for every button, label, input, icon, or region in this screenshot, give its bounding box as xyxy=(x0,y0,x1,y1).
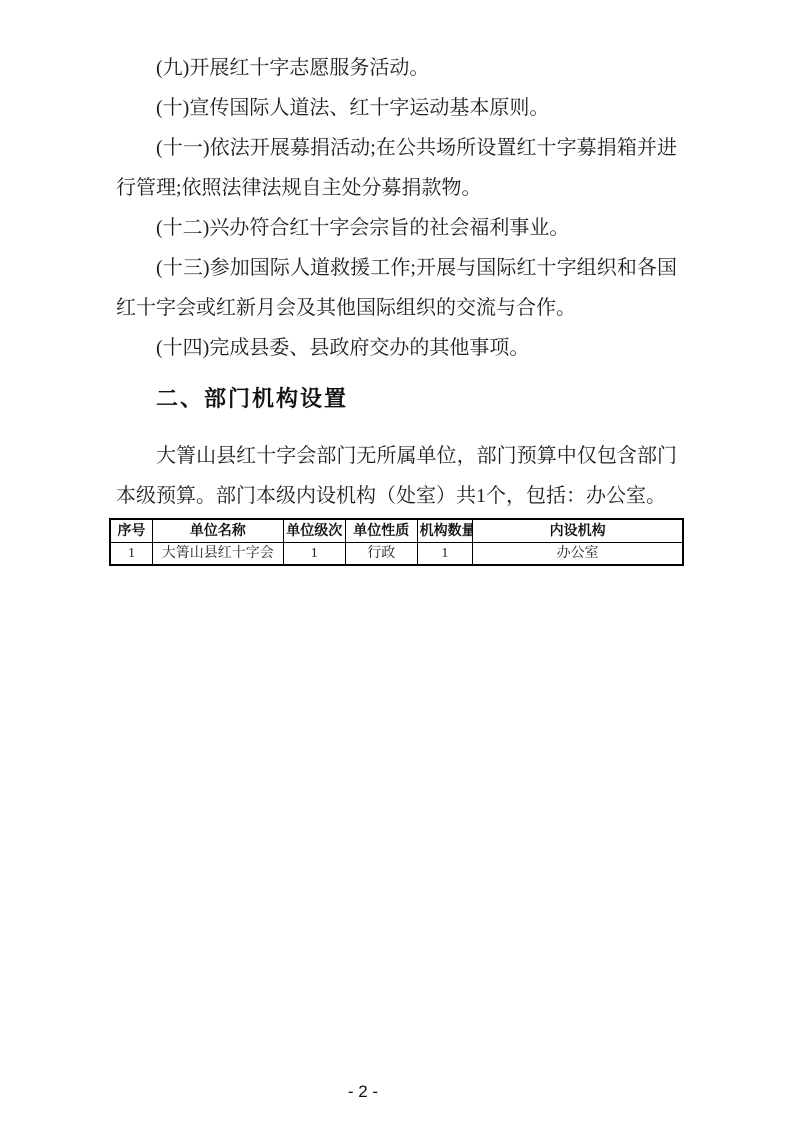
table-row: 1 大箐山县红十字会 1 行政 1 办公室 xyxy=(110,542,683,565)
cell-org-count: 1 xyxy=(417,542,473,565)
page-content: (九)开展红十字志愿服务活动。 (十)宣传国际人道法、红十字运动基本原则。 (十… xyxy=(0,0,793,566)
header-unit-name: 单位名称 xyxy=(152,519,283,542)
page-number: - 2 - xyxy=(0,1082,726,1102)
duty-paragraph-14: (十四)完成县委、县政府交办的其他事项。 xyxy=(116,328,677,368)
org-structure-table: 序号 单位名称 单位级次 单位性质 机构数量 内设机构 1 大箐山县红十字会 1… xyxy=(109,518,684,566)
header-unit-level: 单位级次 xyxy=(283,519,345,542)
duty-paragraph-10: (十)宣传国际人道法、红十字运动基本原则。 xyxy=(116,88,677,128)
document-page: (九)开展红十字志愿服务活动。 (十)宣传国际人道法、红十字运动基本原则。 (十… xyxy=(0,0,793,1122)
cell-internal-org: 办公室 xyxy=(473,542,683,565)
table-header-row: 序号 单位名称 单位级次 单位性质 机构数量 内设机构 xyxy=(110,519,683,542)
duty-paragraph-9: (九)开展红十字志愿服务活动。 xyxy=(116,48,677,88)
duty-paragraph-13: (十三)参加国际人道救援工作;开展与国际红十字组织和各国红十字会或红新月会及其他… xyxy=(116,248,677,328)
cell-unit-level: 1 xyxy=(283,542,345,565)
cell-unit-name: 大箐山县红十字会 xyxy=(152,542,283,565)
cell-unit-type: 行政 xyxy=(345,542,417,565)
section-heading: 二、部门机构设置 xyxy=(116,383,677,415)
cell-seq: 1 xyxy=(110,542,152,565)
duty-paragraph-12: (十二)兴办符合红十字会宗旨的社会福利事业。 xyxy=(116,208,677,248)
duty-paragraph-11: (十一)依法开展募捐活动;在公共场所设置红十字募捐箱并进行管理;依照法律法规自主… xyxy=(116,128,677,208)
header-unit-type: 单位性质 xyxy=(345,519,417,542)
section-intro-paragraph: 大箐山县红十字会部门无所属单位，部门预算中仅包含部门本级预算。部门本级内设机构（… xyxy=(116,436,677,516)
header-internal-org: 内设机构 xyxy=(473,519,683,542)
header-org-count: 机构数量 xyxy=(417,519,473,542)
header-seq: 序号 xyxy=(110,519,152,542)
